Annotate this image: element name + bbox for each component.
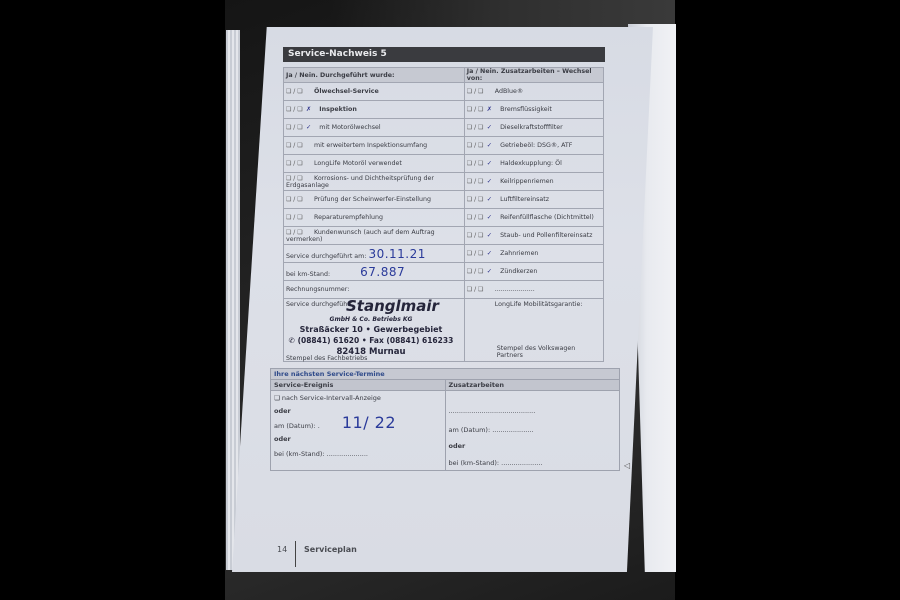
extra-item-label: Zündkerzen (492, 268, 537, 275)
stamp-right-label: Stempel des Volkswagen Partners (497, 345, 603, 359)
checkbox[interactable]: ❏ / ❏ (467, 160, 487, 167)
extra-item-label: Reifenfüllflasche (Dichtmittel) (492, 214, 594, 221)
checkbox[interactable]: ❏ / ❏ (467, 178, 487, 185)
table-row: Service durchgeführt am: 30.11.21 ❏ / ❏✓… (284, 245, 604, 263)
checkbox[interactable]: ❏ / ❏ (467, 196, 487, 203)
table-header: Ja / Nein. Durchgeführt wurde: Ja / Nein… (284, 68, 604, 83)
checkbox[interactable]: ❏ / ❏ (467, 232, 487, 239)
checkbox[interactable]: ❏ / ❏ (286, 196, 306, 203)
background-highlight (330, 0, 675, 30)
table-row: ❏ / ❏mit erweitertem Inspektionsumfang❏ … (284, 137, 604, 155)
table-row: Rechnungsnummer: ❏ / ❏..................… (284, 281, 604, 299)
extra-item-label: Keilrippenriemen (492, 178, 554, 185)
table-row: ❏ / ❏Korrosions- und Dichtheitsprüfung d… (284, 173, 604, 191)
checkbox[interactable]: ❏ / ❏ (467, 214, 487, 221)
extra-work-field: ........................................… (449, 405, 617, 418)
or-label: oder (449, 440, 617, 453)
service-date-value: 30.11.21 (368, 247, 425, 261)
checkbox[interactable]: ❏ / ❏ (467, 286, 487, 293)
triangle-icon: ◁ (624, 461, 630, 470)
extra-item-label: Getriebeöl: DSG®, ATF (492, 142, 572, 149)
stamp-street: Straßäcker 10 • Gewerbegebiet (286, 325, 456, 334)
service-record: Service-Nachweis 5 Ja / Nein. Durchgefüh… (283, 47, 605, 362)
checkbox[interactable]: ❏ / ❏ (467, 142, 487, 149)
checkbox[interactable]: ❏ / ❏ (467, 106, 487, 113)
stamp-name: Stanglmair (346, 297, 439, 315)
table-row: ❏ / ❏✓mit Motorölwechsel❏ / ❏✓Dieselkraf… (284, 119, 604, 137)
checkbox[interactable]: ❏ / ❏ (467, 88, 487, 95)
service-item-label: Reparaturempfehlung (306, 214, 383, 221)
left-column-header: Ja / Nein. Durchgeführt wurde: (284, 68, 465, 83)
next-service-table: Ihre nächsten Service-Termine Service-Er… (270, 368, 620, 471)
stamp-row: Service durchgeführt Stanglmair GmbH & C… (284, 299, 604, 362)
table-row: ❏ / ❏✗Inspektion❏ / ❏✗Bremsflüssigkeit (284, 101, 604, 119)
extra-item-label: .................... (487, 286, 535, 293)
service-item-label: LongLife Motoröl verwendet (306, 160, 402, 167)
section-name: Serviceplan (304, 545, 357, 554)
checkbox[interactable]: ❏ / ❏ (286, 229, 306, 236)
date-label: am (Datum): . (274, 422, 320, 430)
checkbox[interactable]: ❏ / ❏ (467, 124, 487, 131)
km-field: bei (km-Stand): .................... (274, 448, 442, 461)
next-date-value: 11/ 22 (342, 413, 396, 432)
km-label: bei km-Stand: (286, 271, 330, 278)
table-row: bei km-Stand: 67.887 ❏ / ❏✓Zündkerzen (284, 263, 604, 281)
event-column-header: Service-Ereignis (271, 380, 446, 391)
extra-item-label: Zahnriemen (492, 250, 538, 257)
table-row: ❏ / ❏Reparaturempfehlung❏ / ❏✓Reifenfüll… (284, 209, 604, 227)
checkbox[interactable]: ❏ / ❏ (467, 268, 487, 275)
checkbox[interactable]: ❏ / ❏ (286, 175, 306, 182)
checkbox[interactable]: ❏ / ❏ (286, 124, 306, 131)
checkbox[interactable]: ❏ / ❏ (286, 88, 306, 95)
or-label: oder (274, 433, 442, 446)
page-footer: 14Serviceplan (277, 545, 357, 567)
checkbox[interactable]: ❏ / ❏ (467, 250, 487, 257)
extra-item-label: Haldexkupplung: Öl (492, 160, 562, 167)
service-item-label: Inspektion (311, 106, 357, 113)
service-date-label: Service durchgeführt am: (286, 253, 366, 260)
service-table: Ja / Nein. Durchgeführt wurde: Ja / Nein… (283, 67, 604, 362)
extra-item-label: Staub- und Pollenfiltereinsatz (492, 232, 592, 239)
checkbox[interactable]: ❏ / ❏ (286, 214, 306, 221)
service-item-label: Kundenwunsch (auch auf dem Auftrag verme… (286, 229, 435, 243)
extra-item-label: AdBlue® (487, 88, 523, 95)
table-row: ❏ / ❏Kundenwunsch (auch auf dem Auftrag … (284, 227, 604, 245)
extra-item-label: Bremsflüssigkeit (492, 106, 552, 113)
service-item-label: Korrosions- und Dichtheitsprüfung der Er… (286, 175, 434, 189)
km-value: 67.887 (360, 265, 405, 279)
service-by-label: Service durchgeführt (286, 301, 352, 308)
stamp-company: GmbH & Co. Betriebs KG (286, 316, 456, 323)
interval-option[interactable]: ❏ nach Service-Intervall-Anzeige (274, 392, 442, 405)
next-service-section: Ihre nächsten Service-Termine Service-Er… (270, 368, 620, 471)
service-item-label: mit Motorölwechsel (311, 124, 380, 131)
checkbox[interactable]: ❏ / ❏ (286, 106, 306, 113)
table-row: ❏ / ❏Prüfung der Scheinwerfer-Einstellun… (284, 191, 604, 209)
right-column-header: Ja / Nein. Zusatzarbeiten – Wechsel von: (464, 68, 603, 83)
stamp-phone: ✆ (08841) 61620 • Fax (08841) 616233 (286, 336, 456, 345)
footer-divider (295, 541, 296, 567)
invoice-label: Rechnungsnummer: (284, 281, 465, 299)
extra-work-column-header: Zusatzarbeiten (445, 380, 620, 391)
page-number: 14 (277, 545, 295, 554)
stamp-left-label: Stempel des Fachbetriebs (286, 355, 367, 362)
table-row: ❏ / ❏LongLife Motoröl verwendet❏ / ❏✓Hal… (284, 155, 604, 173)
mobility-label: LongLife Mobilitätsgarantie: (467, 299, 601, 308)
dealer-stamp: Service durchgeführt Stanglmair GmbH & C… (286, 299, 462, 359)
page-title: Service-Nachweis 5 (283, 47, 605, 62)
right-km-field: bei (km-Stand): .................... (449, 457, 617, 470)
extra-item-label: Luftfiltereinsatz (492, 196, 549, 203)
service-item-label: Ölwechsel-Service (306, 88, 379, 95)
service-rows: ❏ / ❏Ölwechsel-Service❏ / ❏AdBlue®❏ / ❏✗… (284, 83, 604, 245)
next-service-title: Ihre nächsten Service-Termine (271, 369, 620, 380)
table-row: ❏ / ❏Ölwechsel-Service❏ / ❏AdBlue® (284, 83, 604, 101)
extra-item-label: Dieselkraftstofffilter (492, 124, 563, 131)
right-date-field: am (Datum): .................... (449, 424, 617, 437)
service-item-label: mit erweitertem Inspektionsumfang (306, 142, 427, 149)
service-item-label: Prüfung der Scheinwerfer-Einstellung (306, 196, 431, 203)
checkbox[interactable]: ❏ / ❏ (286, 160, 306, 167)
checkbox[interactable]: ❏ / ❏ (286, 142, 306, 149)
